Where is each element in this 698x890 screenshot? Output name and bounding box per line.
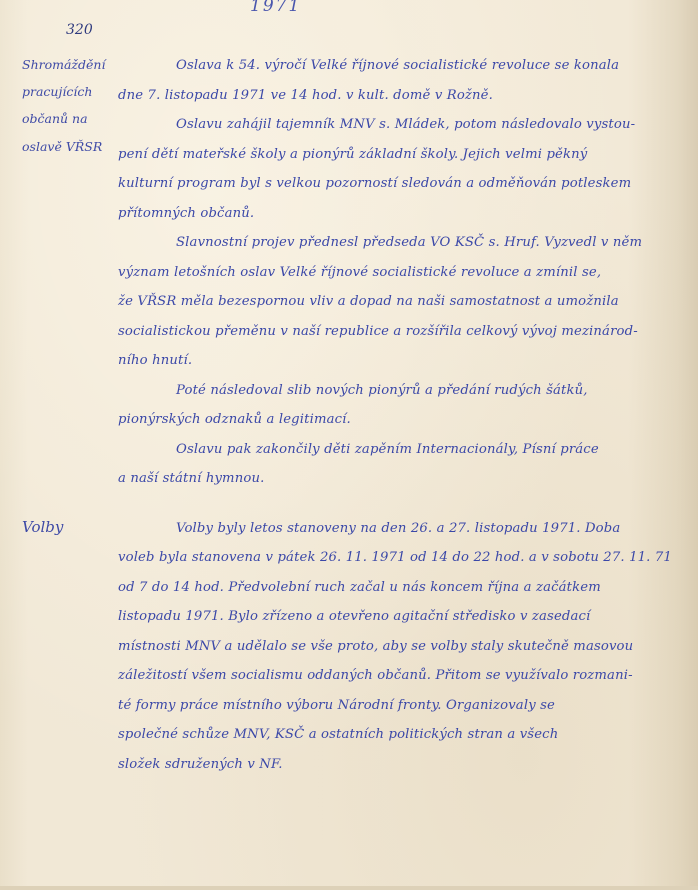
body-line: význam letošních oslav Velké říjnové soc… — [118, 265, 601, 280]
body-line: Poté následoval slib nových pionýrů a př… — [176, 383, 588, 398]
margin-heading-line: Shromáždění — [22, 51, 132, 78]
body-line: pionýrských odznaků a legitimací. — [118, 412, 351, 427]
body-line: a naší státní hymnou. — [118, 471, 264, 486]
chronicle-page: 1971 320 Shromáždění pracujících občanů … — [0, 0, 698, 890]
margin-heading-celebration: Shromáždění pracujících občanů na oslavě… — [22, 51, 132, 160]
body-line: že VŘSR měla bezespornou vliv a dopad na… — [118, 294, 619, 309]
body-line: Slavnostní projev přednesl předseda VO K… — [176, 235, 642, 250]
body-line: Oslava k 54. výročí Velké říjnové social… — [176, 58, 619, 73]
body-line: společné schůze MNV, KSČ a ostatních pol… — [118, 727, 558, 742]
body-line: socialistickou přeměnu v naší republice … — [118, 324, 638, 339]
body-line: od 7 do 14 hod. Předvolební ruch začal u… — [118, 580, 601, 595]
margin-heading-line: pracujících — [22, 78, 132, 105]
body-line: dne 7. listopadu 1971 ve 14 hod. v kult.… — [118, 88, 493, 103]
body-line: místnosti MNV a udělalo se vše proto, ab… — [118, 639, 633, 654]
body-line: Oslavu zahájil tajemník MNV s. Mládek, p… — [176, 117, 635, 132]
body-line: pení dětí mateřské školy a pionýrů zákla… — [118, 147, 587, 162]
body-line: ního hnutí. — [118, 353, 192, 368]
body-line: záležitostí všem socialismu oddaných obč… — [118, 668, 633, 683]
margin-heading-elections: Volby — [22, 514, 132, 541]
body-line: té formy práce místního výboru Národní f… — [118, 698, 555, 713]
body-line: kulturní program byl s velkou pozorností… — [118, 176, 631, 191]
body-line: Oslavu pak zakončily děti zapěním Intern… — [176, 442, 599, 457]
body-line: Volby byly letos stanoveny na den 26. a … — [176, 521, 620, 536]
margin-heading-line: Volby — [22, 514, 132, 541]
body-line: voleb byla stanovena v pátek 26. 11. 197… — [118, 550, 672, 565]
margin-heading-line: občanů na — [22, 105, 132, 132]
year-header: 1971 — [250, 0, 301, 16]
body-line: složek sdružených v NF. — [118, 757, 283, 772]
page-number: 320 — [66, 22, 93, 38]
body-line: listopadu 1971. Bylo zřízeno a otevřeno … — [118, 609, 590, 624]
body-line: přítomných občanů. — [118, 206, 254, 221]
margin-heading-line: oslavě VŘSR — [22, 133, 132, 160]
